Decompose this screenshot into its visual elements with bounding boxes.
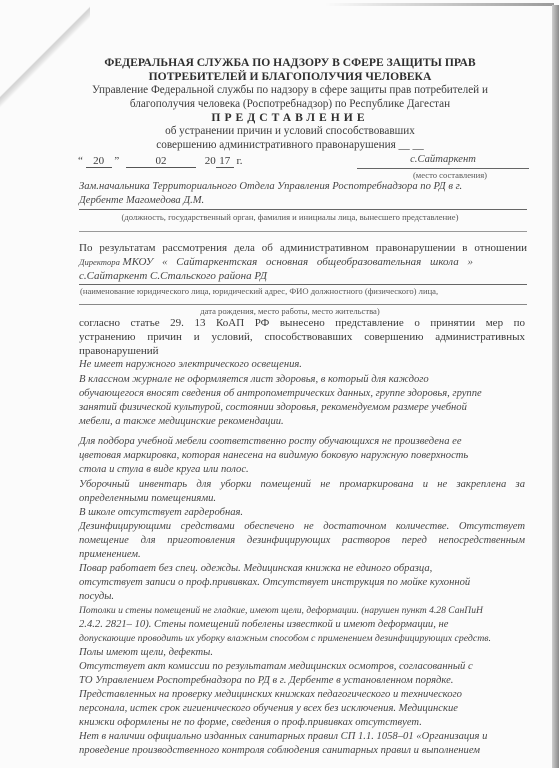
violation-line: Отсутствует акт комиссии по результатам … [79,661,473,672]
violation-line: Не имеет наружного электрического освеще… [79,359,302,370]
official-underline [79,209,527,210]
date-month: 02 [126,155,196,168]
violation-line: Полы имеют щели, дефекты. [79,647,213,658]
violation-line: Потолки и стены помещений не гладкие, им… [79,605,483,616]
violation-line: ТО Управлением Роспотребнадзора по РД в … [79,675,453,686]
document-subtitle-line2: совершению административного правонаруше… [60,139,520,151]
basis-line2: устранению причин и условий, способствов… [79,331,525,343]
violation-line: В школе отсутствует гардеробная. [79,507,243,518]
date-year-suffix: 17 [216,155,234,168]
separator-rule [79,231,527,232]
subject-underline [79,284,527,285]
violation-line: В классном журнале не оформляется лист з… [79,374,429,385]
place-caption: (место составления) [380,170,520,180]
scan-edge-top [325,3,554,6]
department-line1: Управление Федеральной службы по надзору… [60,84,520,96]
violation-line: Повар работает без спец. одежды. Медицин… [79,563,432,574]
violation-line: мебели, а также медицинские рекомендации… [79,416,284,427]
official-line1: Зам.начальника Территориального Отдела У… [79,181,462,192]
violation-line: Уборочный инвентарь для уборки помещений… [79,479,525,490]
violation-line: цветовая маркировка, которая нанесена на… [79,450,468,461]
official-line2: Дербенте Магомедова Д.М. [79,195,204,206]
violation-line: применением. [79,549,141,560]
subject-caption1: (наименование юридического лица, юридиче… [80,286,438,296]
official-caption: (должность, государственный орган, фамил… [60,212,520,222]
violation-line: Нет в наличии официально изданных санита… [79,731,487,742]
date-open-quote: “ [78,155,83,167]
violation-line: помещение для приготовления дезинфицирую… [79,535,525,546]
place-of-issue: с.Сайтаркент [357,154,529,165]
violation-line: Представленных на проверку медицинских к… [79,689,462,700]
basis-line1: согласно статье 29. 13 КоАП РФ вынесено … [79,317,525,329]
violation-line: посуды. [79,591,114,602]
subject-line1: Директора МКОУ « Сайтаркентская основная… [79,256,527,268]
date-close-quote: ” [114,155,119,167]
violation-line: обучающегося вносят сведения об антропом… [79,388,482,399]
violation-line: стола и стула в виде круга или полос. [79,464,249,475]
violation-line: Для подбора учебной мебели соответственн… [79,436,462,447]
subject-position: Директора [79,257,120,267]
document-page: ФЕДЕРАЛЬНАЯ СЛУЖБА ПО НАДЗОРУ В СФЕРЕ ЗА… [0,0,559,768]
basis-line3: правонарушений [79,345,159,357]
agency-name-line1: ФЕДЕРАЛЬНАЯ СЛУЖБА ПО НАДЗОРУ В СФЕРЕ ЗА… [60,56,520,69]
violation-line: определенными помещениями. [79,493,216,504]
date-line: “ 20 ” 02 2017 г. [78,155,243,168]
subject-organization: МКОУ « Сайтаркентская основная общеобраз… [123,256,473,268]
document-title: ПРЕДСТАВЛЕНИЕ [60,111,520,124]
date-year-prefix: 20 [205,155,216,167]
department-line2: благополучия человека (Роспотребнадзор) … [60,98,520,110]
violation-line: 2.4.2. 2821– 10). Стены помещений побеле… [79,619,448,630]
date-year-unit: г. [237,155,243,167]
violation-line: отсутствует записи о проф.прививках. Отс… [79,577,470,588]
violation-line: персонала, истек срок гигиенического обу… [79,703,458,714]
subject-caption2: дата рождения, место работы, место жител… [60,306,520,316]
document-subtitle-line1: об устранении причин и условий способств… [60,125,520,137]
violation-line: допускающие проводить их уборку влажным … [79,633,491,644]
violation-line: книжки оформлены не по форме, сведения о… [79,717,422,728]
violation-line: проведение производственного контроля со… [79,745,480,756]
scan-edge-right [552,5,559,768]
subject-intro: По результатам рассмотрения дела об адми… [79,242,527,254]
date-day: 20 [86,155,112,168]
violation-line: Дезинфицирующими средствами обеспечено н… [79,521,525,532]
place-underline [357,168,529,169]
agency-name-line2: ПОТРЕБИТЕЛЕЙ И БЛАГОПОЛУЧИЯ ЧЕЛОВЕКА [60,70,520,83]
violation-line: занятий физической культурой, состоянии … [79,402,467,413]
subject-underline2 [79,304,527,305]
subject-line2: с.Сайтаркент С.Стальского района РД [79,270,267,282]
